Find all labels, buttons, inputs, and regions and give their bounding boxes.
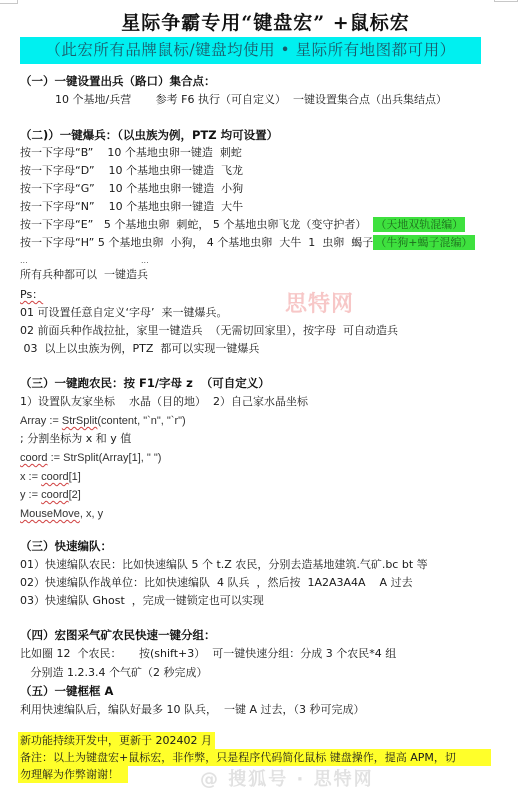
section5-row-1: 比如圈 12 个农民： 按(shift+3） 可一键快速分组：分成 3 个农民*… xyxy=(20,647,396,661)
mixed-tag-h: （牛狗+蝎子混编） xyxy=(373,235,474,250)
hotkey-row-n: 按一下字母“N” 10 个基地虫卵一键造 大牛 xyxy=(20,200,243,214)
page-corner-right xyxy=(494,0,518,2)
ps-item-2: 02 前面兵种作战拉扯，家里一键造兵 （无需切回家里），按字母 可自动造兵 xyxy=(20,324,398,338)
hotkey-row-h-text: 按一下字母“H” 5 个基地虫卵 小狗， 4 个基地虫卵 大牛 1 虫卵 蝎子 xyxy=(20,236,373,249)
code-line-5: y := coord[2] xyxy=(20,488,81,502)
watermark-source: @ 搜狐号 · 思特网 xyxy=(200,765,374,791)
code-line-3: coord := StrSplit(Array[1], " ") xyxy=(20,451,161,465)
section2-heading: （二)）一键爆兵：（以虫族为例，PTZ 均可设置） xyxy=(20,128,278,142)
code-line-4: x := coord[1] xyxy=(20,470,81,484)
hotkey-row-h: 按一下字母“H” 5 个基地虫卵 小狗， 4 个基地虫卵 大牛 1 虫卵 蝎子（… xyxy=(20,236,475,250)
code-text: MouseMove xyxy=(20,508,80,520)
section1-line: 10 个基地/兵营 参考 F6 执行（可自定义） 一键设置集合点（出兵集结点） xyxy=(55,93,447,107)
ellipsis-right: ... xyxy=(141,254,149,268)
hotkey-row-e: 按一下字母“E” 5 个基地虫卵 刺蛇， 5 个基地虫卵飞龙（变守护者） （天地… xyxy=(20,218,465,232)
code-text: coord xyxy=(41,489,69,501)
code-text: , x, y xyxy=(80,508,103,520)
hotkey-row-d: 按一下字母“D” 10 个基地虫卵一键造 飞龙 xyxy=(20,164,243,178)
code-text: Array := xyxy=(20,415,62,427)
code-text: StrSplit xyxy=(62,415,97,427)
update-note: 新功能持续开发中，更新于 202402 月 xyxy=(20,734,212,748)
code-line-1: Array := StrSplit(content, "`n", "`r") xyxy=(20,414,186,428)
ps-item-1: 01 可设置任意自定义‘字母’ 来一键爆兵。 xyxy=(20,306,227,320)
code-text: [1] xyxy=(69,471,81,483)
code-text: [2] xyxy=(69,489,81,501)
hotkey-row-e-text: 按一下字母“E” 5 个基地虫卵 刺蛇， 5 个基地虫卵飞龙（变守护者） xyxy=(20,218,373,231)
section6-heading: （五）一键框框 A xyxy=(20,684,113,698)
code-comment: ; 分割坐标为 x 和 y 值 xyxy=(20,432,131,446)
all-units-line: 所有兵种都可以 一键造兵 xyxy=(20,268,148,282)
watermark-logo: 思特网 xyxy=(285,287,354,318)
compatibility-banner: （此宏所有品牌鼠标/键盘均使用 • 星际所有地图都可用） xyxy=(20,37,481,64)
section4-row-1: 01）快速编队农民：比如快速编队 5 个 t.Z 农民，分别去造基地建筑.气矿.… xyxy=(20,558,428,572)
section5-heading: （四）宏图采气矿农民快速一键分组： xyxy=(20,628,216,642)
code-line-6: MouseMove, x, y xyxy=(20,507,103,521)
hotkey-row-b: 按一下字母“B” 10 个基地虫卵一键造 刺蛇 xyxy=(20,146,242,160)
section4-heading: （三）快速编队： xyxy=(20,539,112,553)
disclaimer-line2: 勿理解为作弊谢谢！ xyxy=(20,768,119,782)
page-corner-left xyxy=(0,0,18,4)
code-text: coord xyxy=(41,471,69,483)
ellipsis-left: ... xyxy=(20,254,28,268)
mixed-tag-e: （天地双轨混编） xyxy=(373,217,465,232)
ps-label: Ps： xyxy=(20,288,43,302)
section4-row-2: 02）快速编队作战单位：比如快速编队 4 队兵 ，然后按 1A2A3A4A A … xyxy=(20,576,413,590)
code-text: x := xyxy=(20,471,41,483)
code-text: (content, "`n", "`r") xyxy=(97,415,185,427)
section1-heading: （一）一键设置出兵（路口）集合点： xyxy=(20,74,216,88)
section6-line: 利用快速编队后，编队好最多 10 队兵， 一键 A 过去，（3 秒可完成） xyxy=(20,703,365,717)
section4-row-3: 03）快速编队 Ghost ，完成一键锁定也可以实现 xyxy=(20,594,264,608)
section3-line1: 1）设置队友家坐标 水晶（目的地） 2）自己家水晶坐标 xyxy=(20,395,308,409)
disclaimer-line1: 备注：以上为键盘宏+鼠标宏，非作弊，只是程序代码简化鼠标 键盘操作，提高 APM… xyxy=(20,751,456,765)
hotkey-row-g: 按一下字母“G” 10 个基地虫卵一键造 小狗 xyxy=(20,182,243,196)
code-text: coord xyxy=(20,452,48,464)
code-text: := StrSplit(Array[1], " ") xyxy=(48,452,162,464)
code-text: y := xyxy=(20,489,41,501)
page-title: 星际争霸专用“键盘宏” +鼠标宏 xyxy=(0,8,531,35)
ps-item-3: 03 以上以虫族为例，PTZ 都可以实现一键爆兵 xyxy=(20,342,259,356)
section5-row-2: 分别造 1.2.3.4 个气矿（2 秒完成） xyxy=(20,666,207,680)
section3-heading: （三）一键跑农民：按 F1/字母 z （可自定义） xyxy=(20,376,270,390)
